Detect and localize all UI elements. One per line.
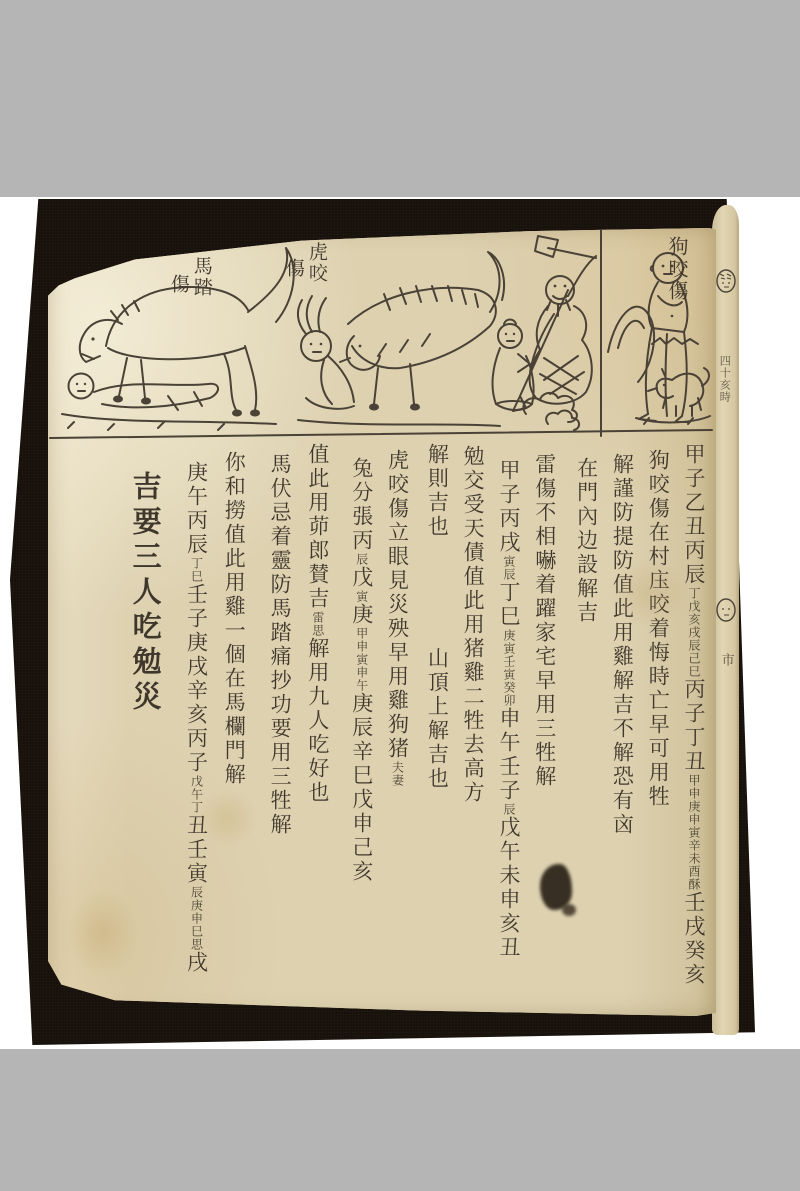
- caption-tiger-col2: 傷: [283, 258, 305, 279]
- text-column-15: 吉要三人吃勉災: [125, 441, 164, 1010]
- interlinear-small-text: 辰: [502, 803, 516, 816]
- column-text: 你和撈值此用雞一個在馬欄門解: [222, 451, 246, 787]
- column-text: 庚: [350, 603, 374, 627]
- column-text: 庚午丙辰: [184, 461, 208, 557]
- interlinear-small-text: 戊午丁: [189, 775, 203, 814]
- column-text: 狗咬傷在村庒咬着悔時亡早可用牲: [646, 449, 670, 809]
- tiger-biting-illustration: [298, 252, 504, 426]
- caption-horse-col2: 傷: [168, 274, 190, 295]
- interlinear-small-text: 寅: [355, 590, 369, 603]
- interlinear-small-text: 庚寅壬寅癸卯: [502, 629, 516, 707]
- text-column-2: 狗咬傷在村庒咬着悔時亡早可用牲: [642, 441, 672, 1010]
- column-text: 戊午未申亥丑: [497, 816, 521, 960]
- top-matte-band: [0, 0, 800, 197]
- text-column-4: 在門內边設解吉: [571, 441, 601, 1010]
- caption-tiger-col1: 虎咬: [306, 242, 328, 284]
- bottom-matte-band: [0, 1049, 800, 1191]
- column-text: 馬伏忌着靈防馬踏痛抄功要用三牲解: [268, 453, 292, 837]
- margin-face-doodle-top-icon: [715, 267, 737, 293]
- column-text: 雷傷不相嚇着躍家宅早用三牲解: [533, 453, 557, 789]
- adjacent-page-edge-strip: 四十亥時 市: [712, 205, 739, 1035]
- text-column-8: 解則吉也山頂上解吉也: [422, 441, 452, 1010]
- column-text: 丑壬寅: [184, 814, 208, 886]
- interlinear-small-text: 甲申寅申午: [355, 627, 369, 692]
- text-column-13: 你和撈值此用雞一個在馬欄門解: [218, 441, 248, 1010]
- photo-stage: 四十亥時 市: [0, 197, 800, 1049]
- column-text: 在門內边設解吉: [575, 457, 599, 625]
- caption-dog: 狗咬傷: [666, 236, 688, 302]
- column-text: 勉交受天債值此用猪雞二牲去高方: [461, 445, 485, 805]
- caption-horse: 馬踏: [191, 256, 212, 298]
- column-text: 壬戌癸亥: [682, 891, 706, 987]
- deity-axe-illustration: [493, 236, 596, 430]
- column-gap: [437, 539, 438, 647]
- text-column-1: 甲子乙丑丙辰丁戊亥戌辰己巳丙子丁丑甲申庚申寅辛未酉酥壬戌癸亥: [678, 441, 708, 1010]
- scanned-manuscript-photo: 四十亥時 市: [0, 0, 800, 1191]
- column-text: 兔分張丙: [350, 457, 374, 553]
- text-column-6: 甲子丙戌寅辰丁巳庚寅壬寅癸卯申午壬子辰戊午未申亥丑: [493, 441, 523, 1010]
- caption-tiger: 虎咬: [306, 242, 327, 284]
- column-text: 解用九人吃好也: [306, 637, 330, 805]
- column-text: 吉要三人吃勉災: [129, 471, 163, 716]
- interlinear-small-text: 丁戊亥戌辰己巳: [687, 587, 701, 678]
- column-text: 庚辰辛巳戊申己亥: [350, 692, 374, 884]
- column-text: 解謹防提防值此用雞解吉不解恐有㐫: [610, 453, 634, 837]
- caption-horse-2: 傷: [168, 274, 189, 295]
- text-column-10: 兔分張丙辰戊寅庚甲申寅申午庚辰辛巳戊申己亥: [346, 441, 376, 1010]
- caption-tiger-2: 傷: [283, 258, 304, 279]
- manuscript-page: 馬踏 傷 虎咬 傷 狗咬傷 甲子乙丑丙辰丁戊亥戌辰己巳丙子丁丑甲申庚申寅辛未酉酥…: [48, 228, 716, 1016]
- margin-annotation-top: 四十亥時: [718, 355, 731, 403]
- column-text: 甲子丙戌: [497, 459, 521, 555]
- interlinear-small-text: 辰庚申巳思: [189, 886, 203, 951]
- interlinear-small-text: 丁巳: [189, 557, 203, 583]
- ink-blot-small: [562, 904, 576, 916]
- dog-biting-illustration: [608, 253, 710, 424]
- interlinear-small-text: 夫妻: [391, 761, 405, 787]
- text-column-5: 雷傷不相嚇着躍家宅早用三牲解: [529, 441, 559, 1010]
- column-text: 丁巳: [497, 581, 521, 629]
- text-column-12: 馬伏忌着靈防馬踏痛抄功要用三牲解: [264, 441, 294, 1010]
- interlinear-small-text: 甲申庚申寅辛未酉酥: [687, 774, 701, 891]
- text-columns-area: 甲子乙丑丙辰丁戊亥戌辰己巳丙子丁丑甲申庚申寅辛未酉酥壬戌癸亥狗咬傷在村庒咬着悔時…: [52, 441, 708, 1010]
- margin-face-doodle-bottom-icon: [715, 597, 737, 623]
- text-column-7: 勉交受天債值此用猪雞二牲去高方: [457, 441, 487, 1010]
- interlinear-small-text: 雷思: [311, 611, 325, 637]
- column-text: 丙子丁丑: [682, 678, 706, 774]
- interlinear-small-text: 辰: [355, 553, 369, 566]
- column-text: 山頂上解吉也: [425, 647, 449, 791]
- column-text: 甲子乙丑丙辰: [682, 443, 706, 587]
- column-text: 壬子庚戌辛亥丙子: [184, 583, 208, 775]
- interlinear-small-text: 寅辰: [502, 555, 516, 581]
- caption-horse-col1: 馬踏: [191, 256, 213, 298]
- column-text: 解則吉也: [425, 443, 449, 539]
- text-column-11: 值此用茆郎賛吉雷思解用九人吃好也: [302, 441, 332, 1010]
- column-text: 值此用茆郎賛吉: [306, 443, 330, 611]
- illustration-band: [48, 228, 716, 443]
- column-text: 戊: [350, 566, 374, 590]
- column-text: 申午壬子: [497, 707, 521, 803]
- text-column-14: 庚午丙辰丁巳壬子庚戌辛亥丙子戊午丁丑壬寅辰庚申巳思戌: [181, 441, 211, 1010]
- column-text: 虎咬傷立眼見災殃早用雞狗猪: [386, 449, 410, 761]
- section-separator-line: [50, 430, 712, 438]
- column-text: 戌: [184, 951, 208, 975]
- margin-annotation-bottom: 市: [718, 653, 734, 667]
- caption-dog-text: 狗咬傷: [665, 236, 689, 302]
- text-column-9: 虎咬傷立眼見災殃早用雞狗猪夫妻: [382, 441, 412, 1010]
- text-column-3: 解謹防提防值此用雞解吉不解恐有㐫: [607, 441, 637, 1010]
